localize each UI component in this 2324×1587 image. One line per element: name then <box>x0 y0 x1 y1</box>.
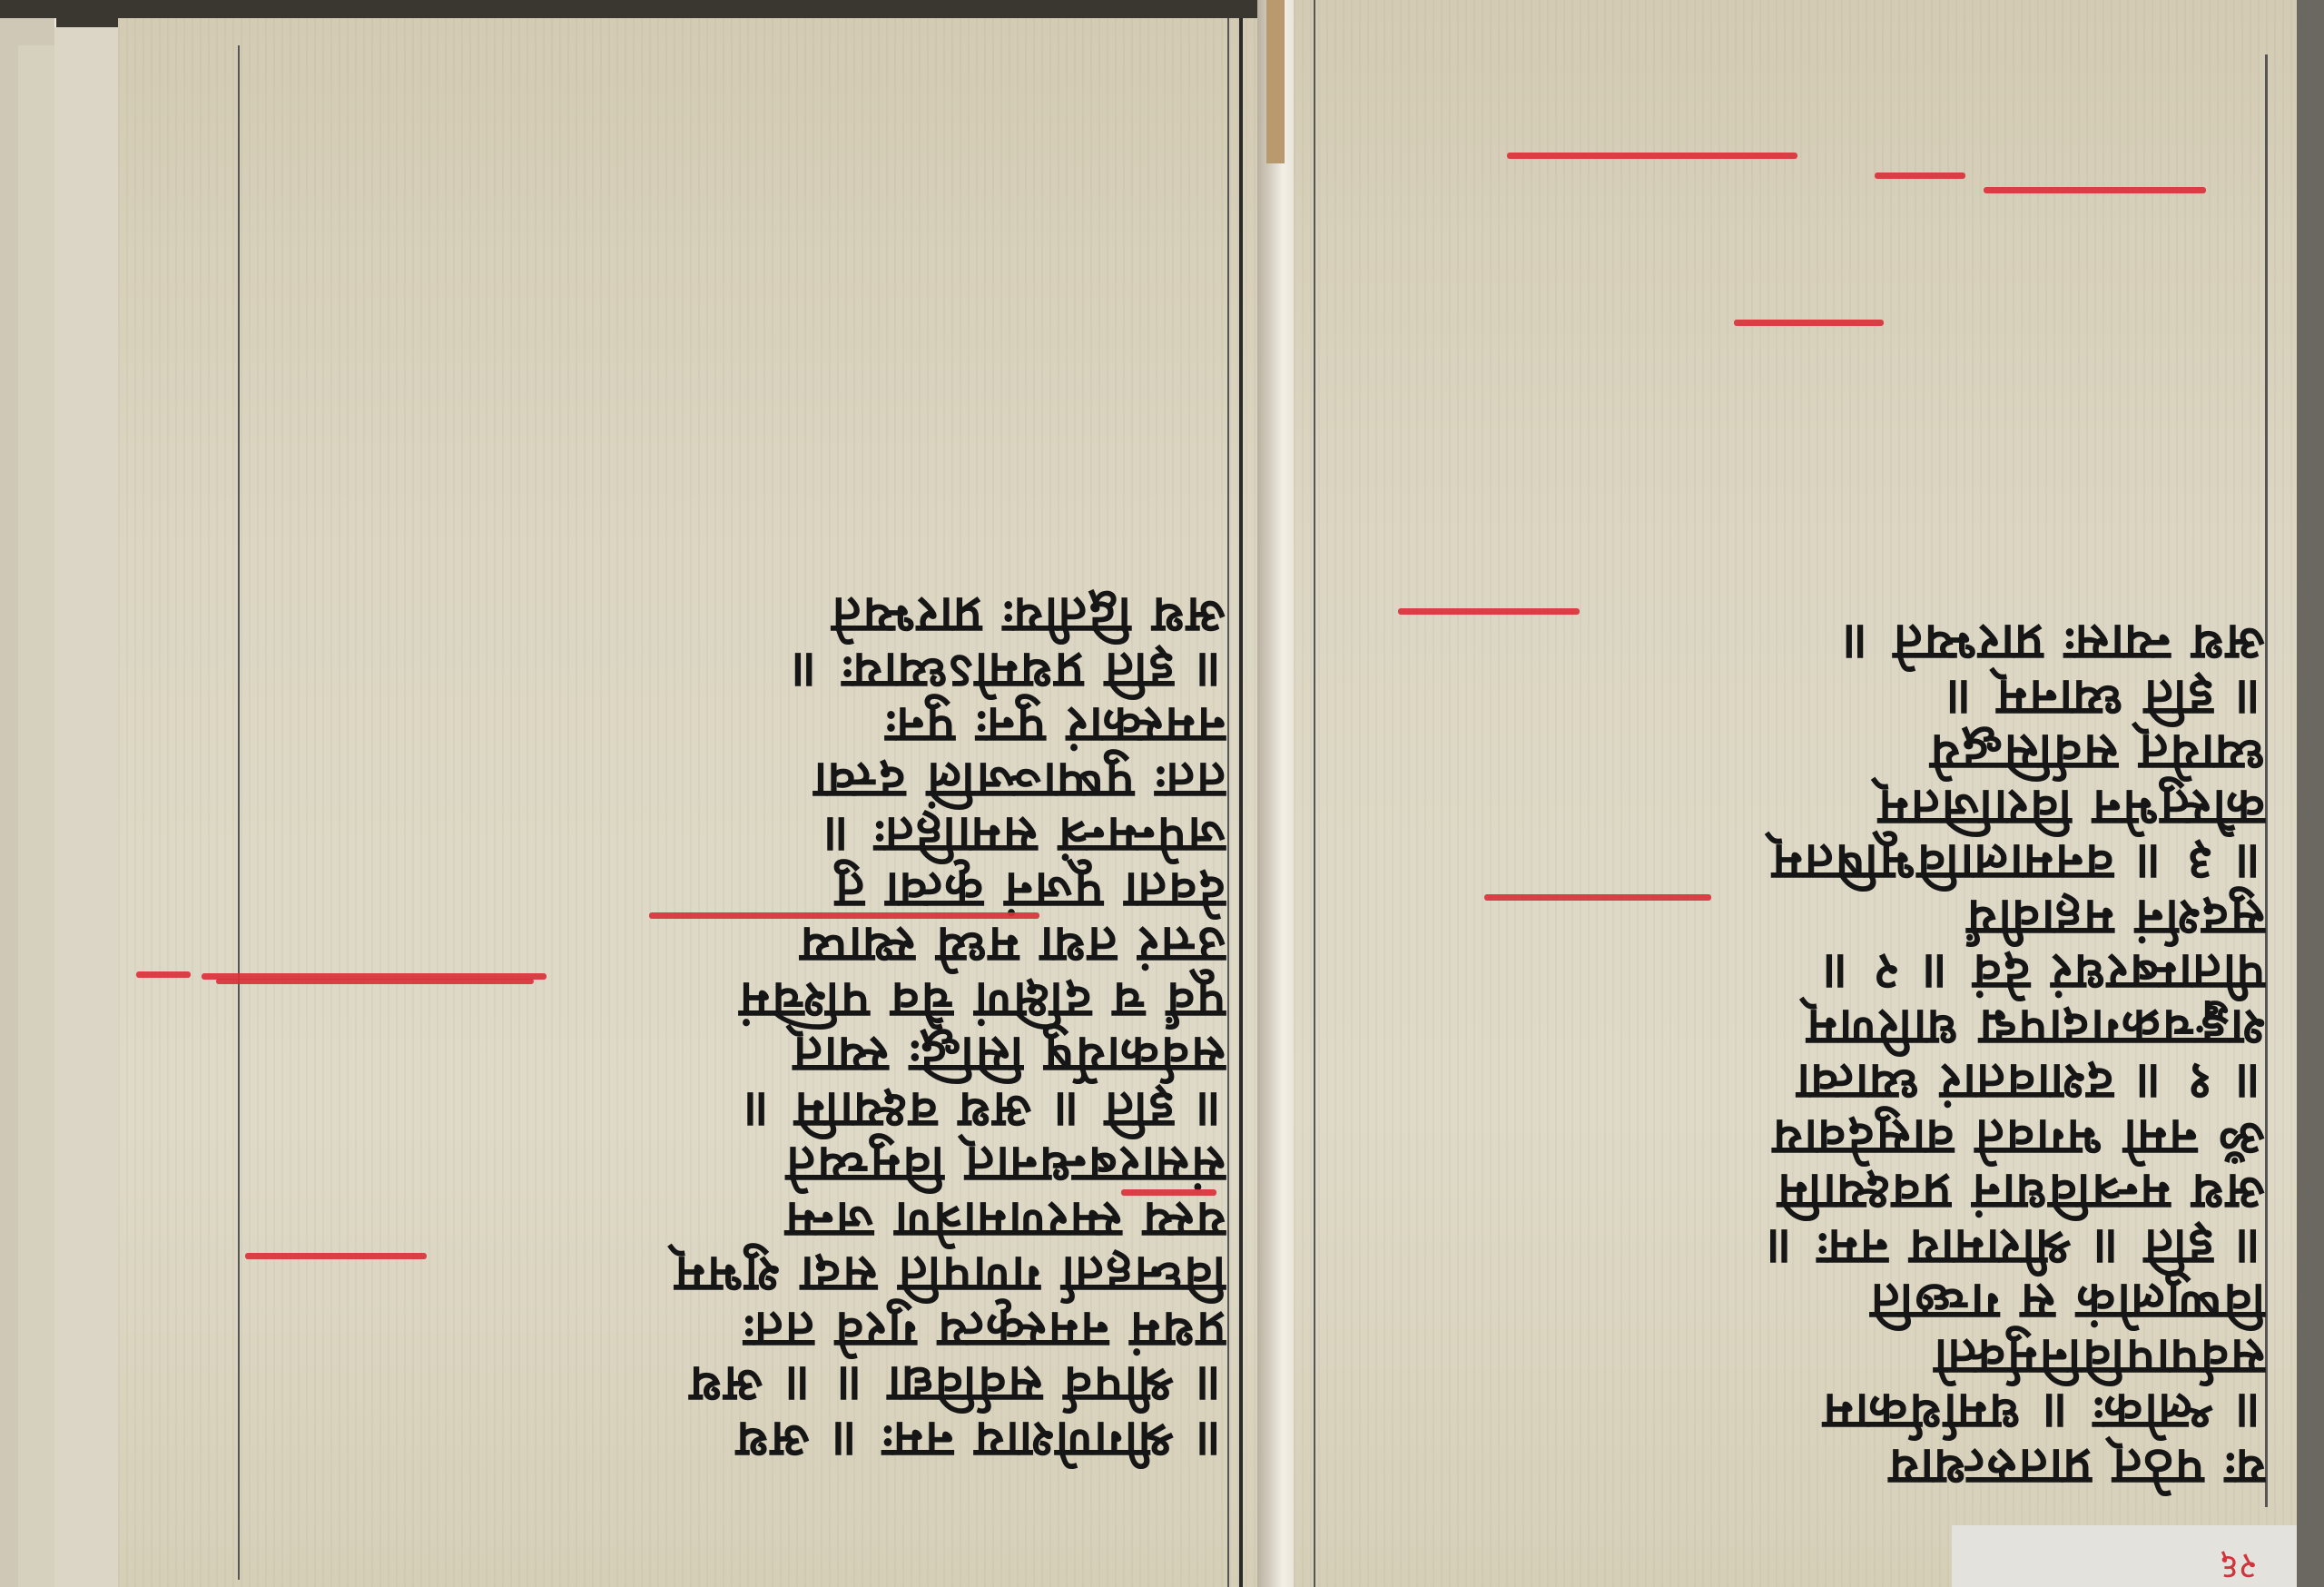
text-line: ॥ श्रीपर्व सर्वविद्या ॥ ॥ अथ <box>245 1356 1226 1412</box>
rubric-underline <box>1484 894 1711 901</box>
text-line: ॥ १ ॥ दशावतारं ध्यात्वा <box>1321 1054 2265 1109</box>
text-line: शङ्खचक्रगदापद्म धारिणम् <box>1321 1000 2265 1055</box>
text-line: ॥ इति प्रथमोऽध्यायः ॥ <box>245 643 1226 698</box>
folio-number: २६ <box>2220 1543 2258 1587</box>
rubric-underline <box>136 971 191 978</box>
left-margin-rule <box>1314 0 1315 1587</box>
text-line: नमस्कारं पुनः पुनः <box>245 697 1226 753</box>
text-line: ॐ नमो भगवते वासुदेवाय <box>1321 1109 2265 1165</box>
text-line: ॥ इति ॥ अथ वक्ष्यामि ॥ <box>245 1082 1226 1138</box>
text-line: ध्यायेत् सर्वसिद्धये <box>1321 724 2265 780</box>
right-margin-rule-inner <box>1227 18 1229 1587</box>
right-margin-rule <box>2265 54 2268 1507</box>
rubric-underline <box>1121 1189 1216 1196</box>
text-line: ॥ ३ ॥ वनमालाविभूषितम् <box>1321 834 2265 890</box>
rubric-underline <box>1875 172 1965 179</box>
text-line: संसारबन्धनात् विमुच्यते <box>245 1137 1226 1192</box>
text-line: ततः पुष्पाञ्जलिं दत्त्वा <box>245 753 1226 808</box>
rubric-underline <box>216 979 534 984</box>
text-line: उत्तरं तथा मध्ये स्थाप्य <box>245 917 1226 972</box>
right-manuscript-page: यः पठेत् प्रातरुत्थाय ॥ श्लोकः ॥ धर्मार्… <box>1294 0 2324 1587</box>
left-manuscript-page: ॥ श्रीगणेशाय नमः ॥ अथ ॥ श्रीपर्व सर्वविद… <box>118 18 1257 1587</box>
text-line: सर्वपापविनिर्मुक्तो <box>1321 1329 2265 1385</box>
rubric-underline <box>649 912 1039 919</box>
text-line: कौस्तुभेन विराजितम् <box>1321 780 2265 835</box>
left-margin-rule <box>238 45 240 1580</box>
text-line: यस्य स्मरणमात्रेण जन्म <box>245 1192 1226 1247</box>
rubric-underline <box>1984 187 2206 193</box>
left-page-text: ॥ श्रीगणेशाय नमः ॥ अथ ॥ श्रीपर्व सर्वविद… <box>245 186 1226 1466</box>
rubric-underline <box>1734 320 1884 326</box>
right-margin-rule <box>1239 18 1243 1587</box>
text-line: सुदर्शनं महावीर्यं <box>1321 890 2265 945</box>
gutter-fold <box>1266 0 1285 163</box>
text-line: ॥ श्लोकः ॥ धर्मार्थकाम <box>1321 1384 2265 1439</box>
right-edge-strip <box>2297 0 2324 1587</box>
text-line: पीताम्बरधरं देवं ॥ २ ॥ <box>1321 944 2265 1000</box>
text-line: ॥ इति ॥ श्रीरामाय नमः ॥ <box>1321 1219 2265 1275</box>
text-line: जपेन्मन्त्रं समाहितः ॥ <box>245 807 1226 862</box>
text-line: प्रथमं नमस्कृत्य गुरवे ततः <box>245 1302 1226 1357</box>
text-line: विष्णुलोकं स गच्छति <box>1321 1274 2265 1329</box>
rubric-underline <box>1507 153 1797 159</box>
book-gutter <box>1257 0 1294 1587</box>
text-line: अथ द्वितीयः प्रारभ्यते <box>245 587 1226 643</box>
rubric-underline <box>1398 608 1580 615</box>
rubric-underline <box>245 1253 427 1259</box>
text-line: सर्वकार्येषु सिद्धिः स्यात् <box>245 1027 1226 1082</box>
text-line: ॥ इति ध्यानम् ॥ <box>1321 670 2265 725</box>
text-line: देवता पूजनं कृत्वा तु <box>245 862 1226 918</box>
text-line: यः पठेत् प्रातरुत्थाय <box>1321 1439 2265 1494</box>
text-line: अथ मन्त्रविधानं प्रवक्ष्यामि <box>1321 1164 2265 1219</box>
text-line: अथ न्यासः प्रारभ्यते ॥ <box>1321 615 2265 670</box>
text-line: ॥ श्रीगणेशाय नमः ॥ अथ <box>245 1412 1226 1467</box>
right-page-text: यः पठेत् प्रातरुत्थाय ॥ श्लोकः ॥ धर्मार्… <box>1321 168 2265 1493</box>
